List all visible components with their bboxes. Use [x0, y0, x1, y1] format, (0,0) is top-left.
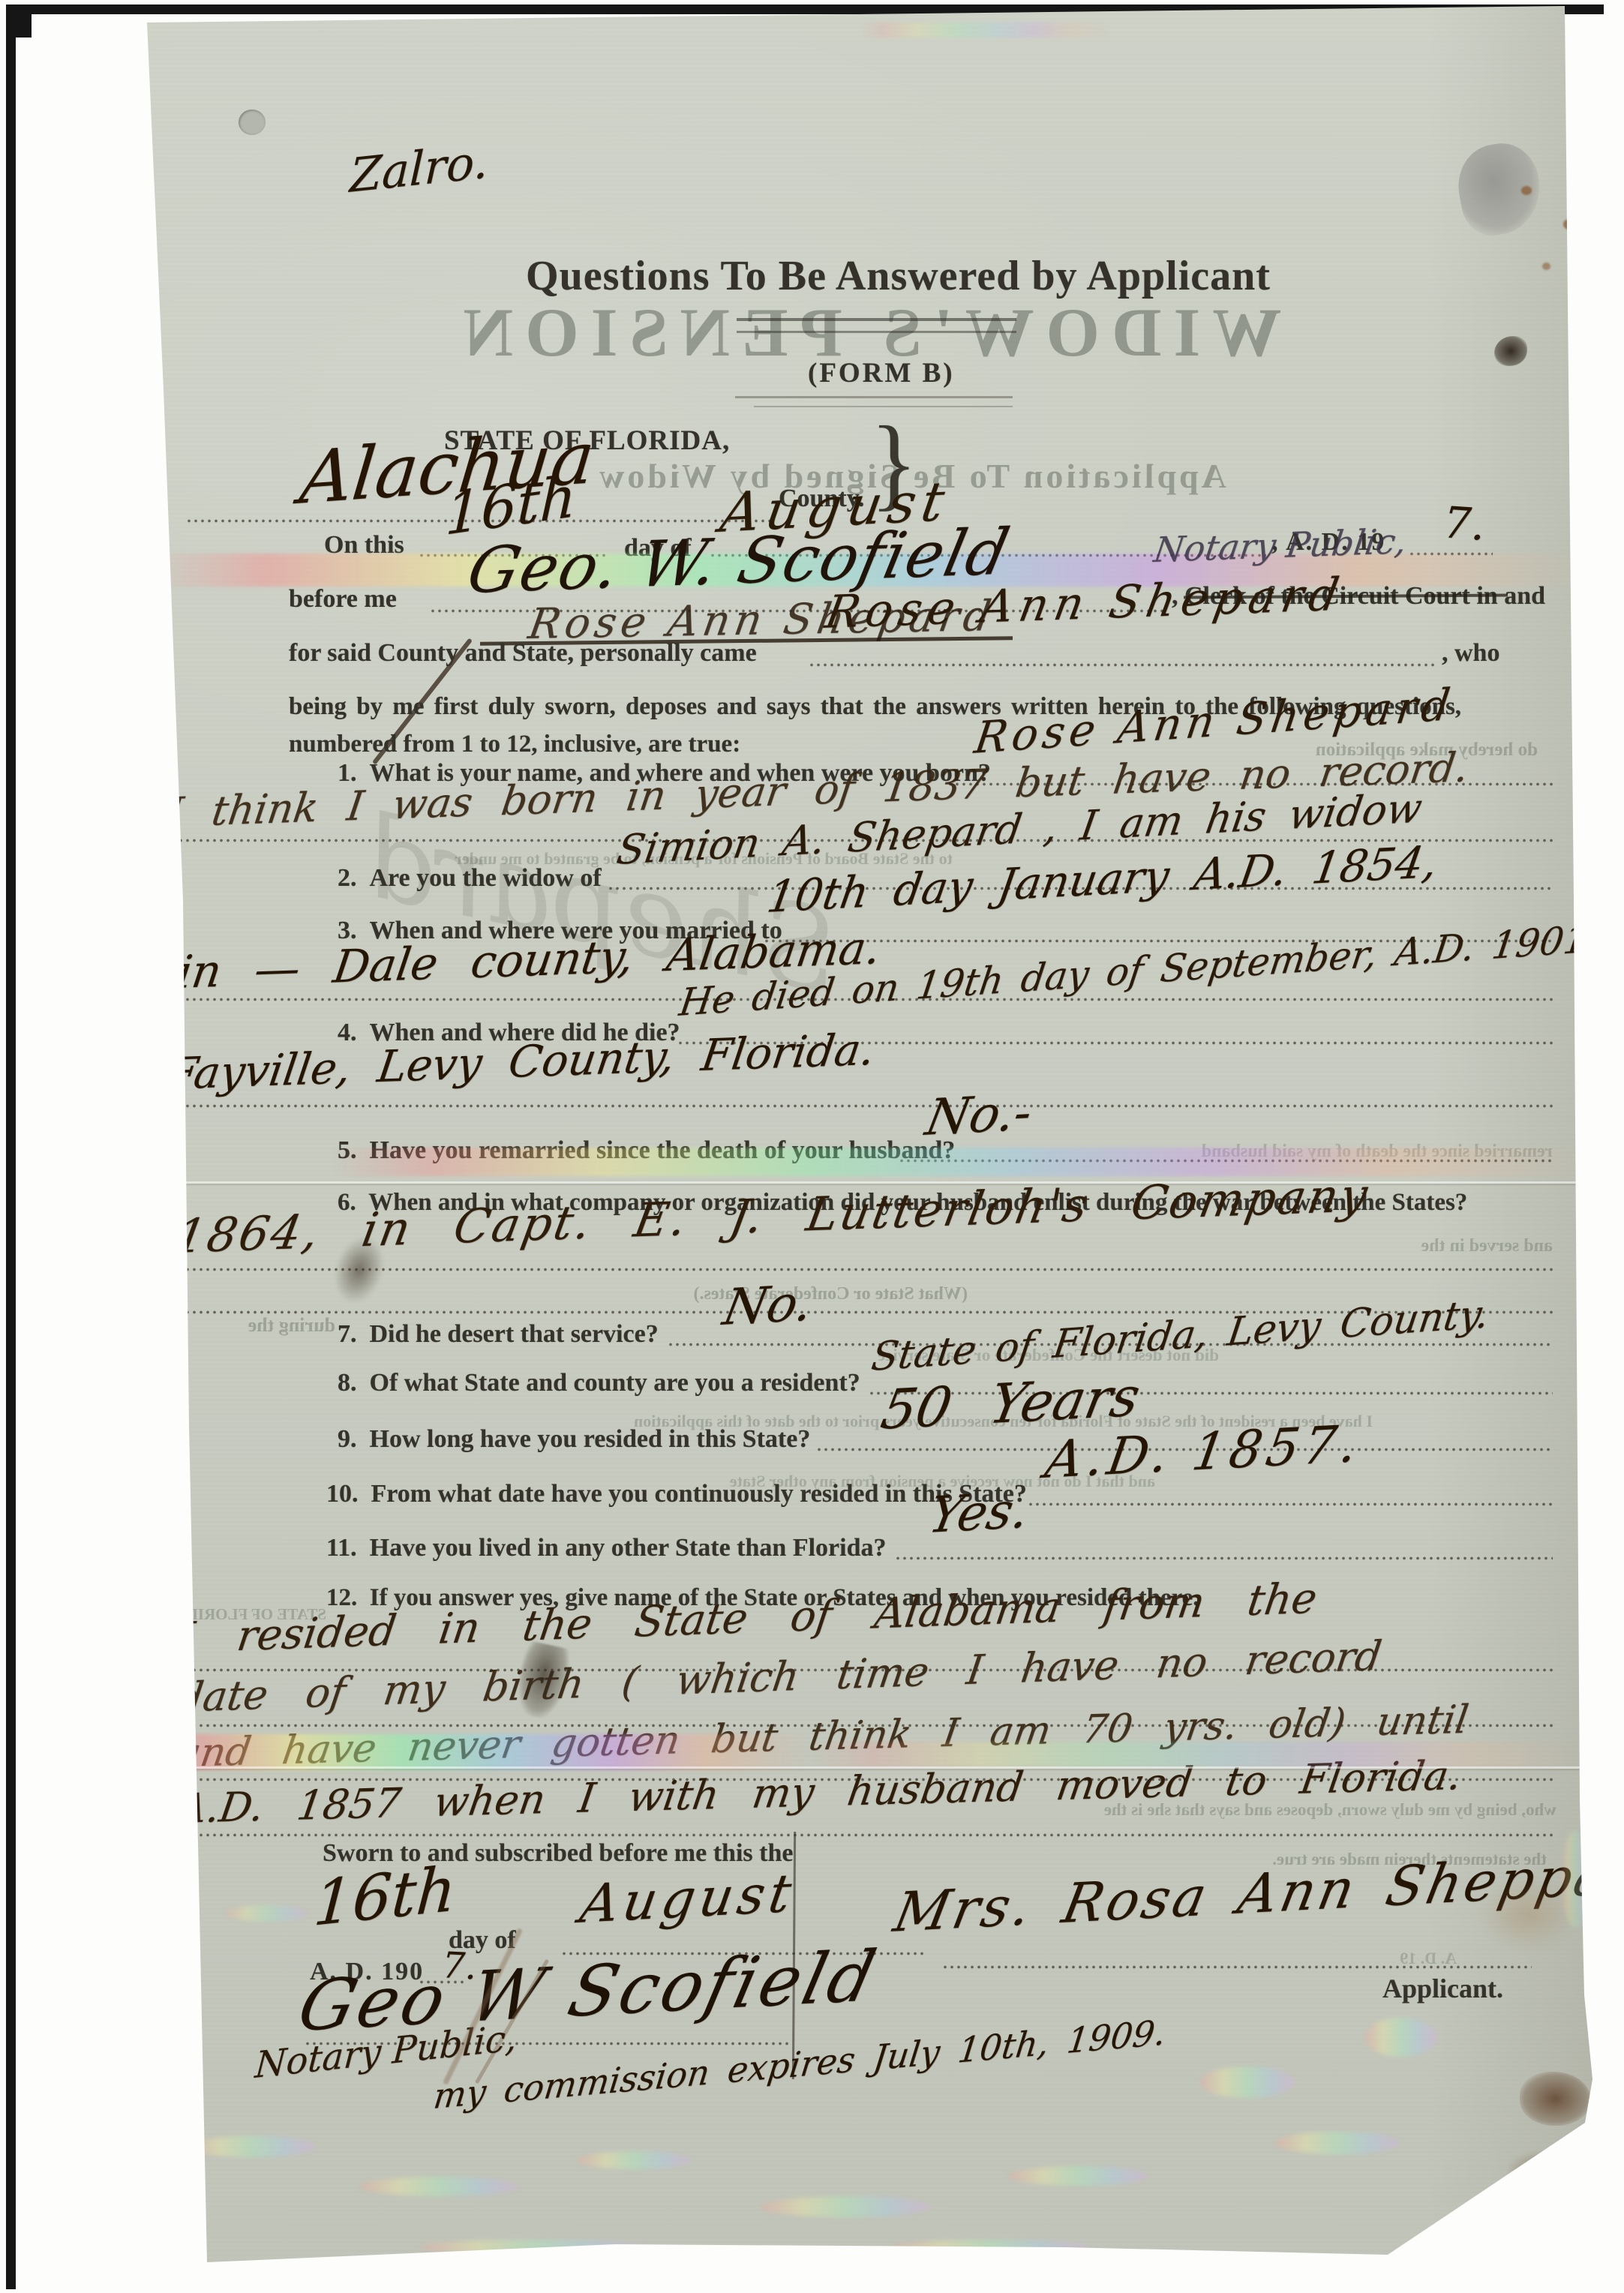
bleed-strike-line-2	[737, 331, 1016, 333]
question-number: 9.	[338, 1425, 357, 1453]
question-number: 7.	[338, 1320, 357, 1348]
form-b-label: (FORM B)	[808, 357, 958, 389]
shimmer-speck-8	[420, 2240, 645, 2255]
question-9: 9. How long have you resided in this Sta…	[338, 1425, 810, 1454]
shimmer-speck-12	[225, 1905, 308, 1922]
personally-came-dots	[810, 663, 1436, 667]
q5-answer-handwriting: No.-	[921, 1083, 1037, 1147]
top-annotation: Zalro.	[349, 134, 489, 203]
jurat-day-handwriting: 16th	[311, 1853, 458, 1940]
q12-dots-4	[173, 1833, 1553, 1837]
corner-stain-1	[1520, 2072, 1591, 2126]
personally-came-label: for said County and State, personally ca…	[289, 639, 757, 668]
ink-blob-right-edge	[1494, 336, 1527, 366]
punch-hole	[239, 110, 266, 135]
shimmer-speck-1	[188, 2136, 315, 2157]
question-11: 11. Have you lived in any other State th…	[326, 1534, 886, 1562]
jurat-month-handwriting: August	[576, 1862, 800, 1935]
question-text: Are you the widow of	[370, 864, 602, 892]
question-number: 12.	[326, 1584, 357, 1611]
page-title: Questions To Be Answered by Applicant	[450, 252, 1346, 300]
question-number: 10.	[326, 1480, 359, 1508]
shimmer-speck-11	[1562, 1830, 1589, 1928]
question-text: Did he desert that service?	[370, 1320, 659, 1348]
year-handwriting: 7.	[1442, 497, 1487, 551]
scanner-edge-corner	[6, 5, 32, 38]
notary-signature-handwriting: Geo W Scofield	[291, 1935, 886, 2047]
question-text: How long have you resided in this State?	[370, 1425, 811, 1453]
shimmer-speck-7	[1275, 2132, 1399, 2154]
q4-answer2-dots	[173, 1104, 1553, 1108]
scan-artifact-band-3b	[810, 1742, 1590, 1767]
shimmer-speck-6	[1200, 2066, 1294, 2098]
scanner-edge-left	[6, 5, 16, 2289]
question-number: 11.	[326, 1534, 357, 1562]
bleed-served: and served in the	[1230, 1236, 1553, 1256]
shimmer-speck-10	[1365, 2018, 1436, 2057]
scan-artifact-band-3	[150, 1734, 810, 1770]
paper-crease-1	[147, 1181, 1587, 1184]
q7-answer-handwriting: No.	[719, 1274, 818, 1337]
ink-blotch-q12	[512, 1640, 572, 1722]
pension-form-page: WIDOW'S PENSION Application To Be Signed…	[0, 0, 1624, 2293]
question-text: Of what State and county are you a resid…	[370, 1369, 860, 1397]
paper-crease-2	[147, 1766, 1587, 1769]
rust-spot-1	[1521, 186, 1532, 195]
q10-dots	[1029, 1502, 1553, 1506]
question-number: 8.	[338, 1369, 357, 1397]
scan-artifact-top	[863, 23, 1110, 38]
sworn-intro-line2: numbered from 1 to 12, inclusive, are tr…	[289, 731, 740, 758]
rust-spot-3	[1542, 263, 1550, 270]
corner-stain-2	[1508, 2151, 1583, 2192]
shimmer-speck-4	[761, 2196, 930, 2217]
shimmer-speck-9	[893, 2240, 1088, 2255]
rule-under-form-b-1	[735, 396, 1013, 398]
bleed-during-the: during the	[212, 1314, 335, 1337]
scan-artifact-band-2	[330, 1148, 1590, 1176]
rust-spot-2	[1563, 219, 1575, 230]
foxing-right-mid	[1481, 1879, 1575, 1950]
shimmer-speck-5	[1009, 2166, 1148, 2186]
q11-dots	[896, 1556, 1553, 1560]
question-number: 2.	[338, 864, 357, 892]
q8-answer-handwriting: State of Florida, Levy County.	[869, 1292, 1492, 1380]
applicant-label: Applicant.	[1382, 1973, 1503, 2004]
scanned-document: WIDOW'S PENSION Application To Be Signed…	[0, 0, 1624, 2293]
question-7: 7. Did he desert that service?	[338, 1320, 659, 1349]
question-text: Have you lived in any other State than F…	[370, 1534, 887, 1562]
before-me-label: before me	[289, 585, 397, 614]
question-10: 10. From what date have you continuously…	[326, 1480, 1027, 1508]
bleed-strike-line-1	[737, 318, 1016, 321]
shimmer-speck-3	[578, 2151, 690, 2169]
q11-answer-handwriting: Yes.	[924, 1481, 1034, 1544]
applicant-signature-dots	[944, 1965, 1532, 1969]
shimmer-speck-2	[360, 2177, 518, 2196]
question-8: 8. Of what State and county are you a re…	[338, 1369, 860, 1397]
torn-tape-patch	[1451, 138, 1547, 241]
question-2: 2. Are you the widow of	[338, 864, 602, 893]
who-label: , who	[1442, 639, 1499, 668]
question-text: From what date have you continuously res…	[371, 1480, 1027, 1508]
